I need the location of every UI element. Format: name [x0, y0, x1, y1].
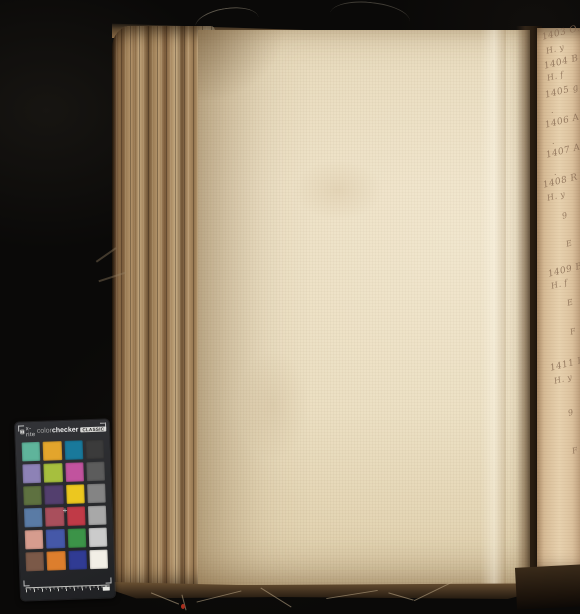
ledger-entry: F: [569, 327, 577, 337]
ledger-entry: F: [571, 446, 579, 456]
patch-purplish-blue: [46, 529, 65, 549]
patch-black: [85, 440, 104, 460]
patch-foliage: [23, 486, 42, 506]
cover-board: [515, 564, 580, 610]
ledger-entry: 1406 A: [544, 112, 580, 130]
ledger-entry: E: [566, 297, 574, 307]
patch-neutral-8: [88, 528, 107, 548]
corner-registration-mark: [18, 425, 24, 431]
ledger-entry: H. y: [546, 190, 566, 203]
corner-registration-mark: [23, 580, 29, 586]
page-stain: [293, 160, 383, 220]
patch-blue-flower: [22, 464, 41, 484]
patch-yellow-green: [44, 463, 63, 483]
ledger-entry: 1411 B: [549, 355, 580, 373]
blank-page: [198, 30, 530, 586]
ruler-end-chip: [103, 586, 110, 590]
ledger-entry: .: [552, 137, 555, 146]
photograph-scene: 1403 O.H. y1404 BH. f1405 g.1406 A.1407 …: [0, 0, 580, 614]
ledger-entry: H. y: [553, 373, 573, 386]
ledger-entry: 1405 g: [544, 83, 580, 101]
ledger-entry: .: [554, 168, 557, 177]
patch-orange: [47, 551, 66, 571]
patch-dark-skin: [25, 552, 44, 572]
patch-magenta: [65, 462, 84, 482]
corner-registration-mark: [105, 577, 111, 583]
patch-orange-yellow: [43, 441, 62, 461]
patch-neutral-6-5: [88, 506, 107, 526]
fore-edge-page: 1403 O.H. y1404 BH. f1405 g.1406 A.1407 …: [537, 28, 580, 575]
ledger-entry: 1409 B: [547, 261, 580, 279]
ledger-entry: 1403 O.: [541, 24, 580, 43]
colorchecker-card: x-rite color checker CLASSIC +: [15, 419, 115, 600]
page-fold-highlight: [480, 30, 506, 586]
patch-yellow: [66, 484, 85, 504]
patch-neutral-5: [87, 484, 106, 504]
page-stain: [238, 350, 308, 460]
patch-bluish-green: [22, 442, 41, 462]
ledger-entry: H. f: [550, 278, 569, 291]
ledger-entry: E: [565, 238, 573, 248]
corner-registration-mark: [100, 423, 106, 429]
ledger-entry: 9: [561, 211, 569, 221]
ledger-entry: H. y: [545, 43, 565, 56]
brand-label: x-rite: [26, 425, 37, 437]
patch-purple: [44, 485, 63, 505]
patch-red: [66, 506, 85, 526]
page-corner-shade: [198, 30, 318, 140]
red-speck: [181, 604, 185, 609]
ledger-entry: 1407 A: [545, 142, 580, 160]
ledger-entry: 9: [567, 408, 575, 418]
center-cross-mark: +: [63, 507, 68, 515]
ledger-entry: .: [551, 106, 554, 115]
ledger-entry: H. f: [546, 70, 565, 83]
product-label: color checker CLASSIC: [37, 426, 107, 435]
patch-light-skin: [25, 530, 44, 550]
patch-white: [89, 550, 108, 570]
patch-neutral-3-5: [86, 462, 105, 482]
patch-blue: [68, 550, 87, 570]
patch-blue-sky: [24, 508, 43, 528]
ledger-entry: 1408 R: [542, 172, 579, 190]
ruler-strip: [26, 584, 110, 596]
patch-green: [67, 528, 86, 548]
patch-cyan: [64, 440, 83, 460]
patch-moderate-red: [45, 507, 64, 527]
